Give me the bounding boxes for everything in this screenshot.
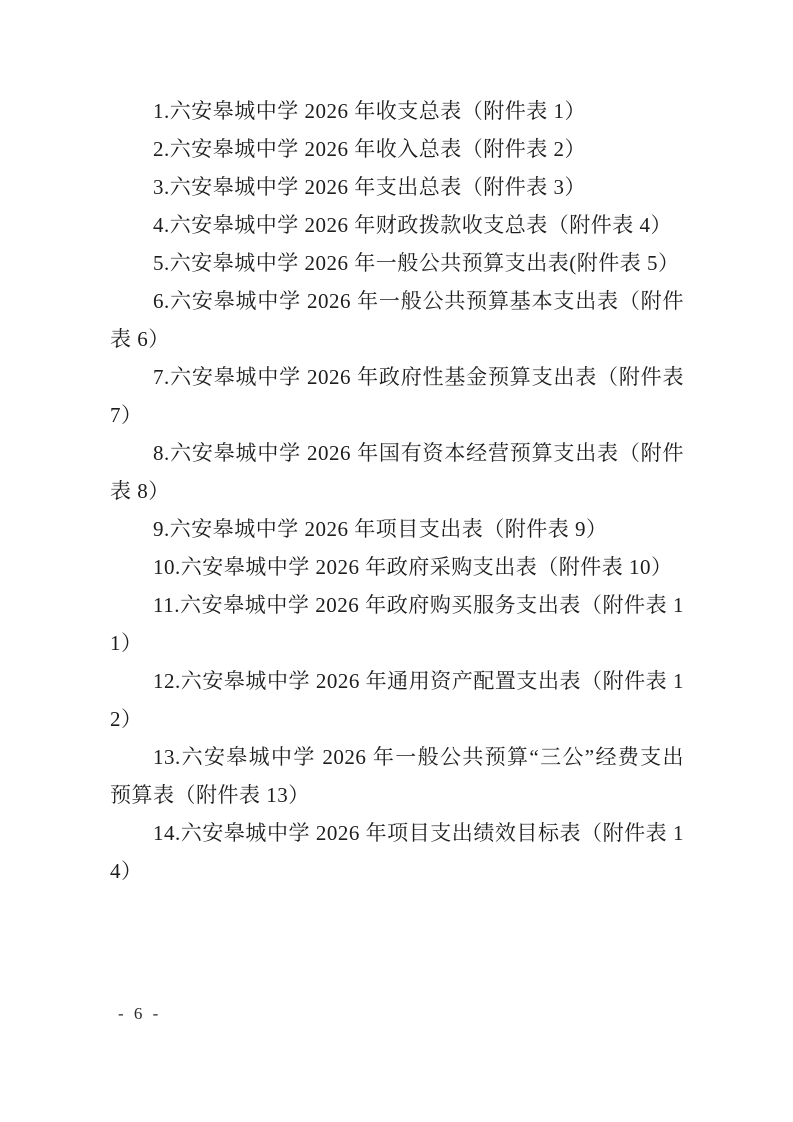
list-item: 3.六安皋城中学 2026 年支出总表（附件表 3）	[110, 168, 684, 206]
list-item: 11.六安皋城中学 2026 年政府购买服务支出表（附件表 11）	[110, 586, 684, 662]
list-item: 9.六安皋城中学 2026 年项目支出表（附件表 9）	[110, 510, 684, 548]
list-item: 8.六安皋城中学 2026 年国有资本经营预算支出表（附件表 8）	[110, 434, 684, 510]
list-item: 1.六安皋城中学 2026 年收支总表（附件表 1）	[110, 92, 684, 130]
list-item: 13.六安皋城中学 2026 年一般公共预算“三公”经费支出预算表（附件表 13…	[110, 738, 684, 814]
list-item: 12.六安皋城中学 2026 年通用资产配置支出表（附件表 12）	[110, 662, 684, 738]
list-item: 14.六安皋城中学 2026 年项目支出绩效目标表（附件表 14）	[110, 814, 684, 890]
list-item: 7.六安皋城中学 2026 年政府性基金预算支出表（附件表 7）	[110, 358, 684, 434]
list-item: 5.六安皋城中学 2026 年一般公共预算支出表(附件表 5）	[110, 244, 684, 282]
list-item: 4.六安皋城中学 2026 年财政拨款收支总表（附件表 4）	[110, 206, 684, 244]
page-number: - 6 -	[118, 1004, 161, 1024]
list-item: 6.六安皋城中学 2026 年一般公共预算基本支出表（附件表 6）	[110, 282, 684, 358]
document-page: 1.六安皋城中学 2026 年收支总表（附件表 1） 2.六安皋城中学 2026…	[0, 0, 793, 1122]
list-item: 10.六安皋城中学 2026 年政府采购支出表（附件表 10）	[110, 548, 684, 586]
list-item: 2.六安皋城中学 2026 年收入总表（附件表 2）	[110, 130, 684, 168]
attachment-list: 1.六安皋城中学 2026 年收支总表（附件表 1） 2.六安皋城中学 2026…	[110, 92, 684, 890]
